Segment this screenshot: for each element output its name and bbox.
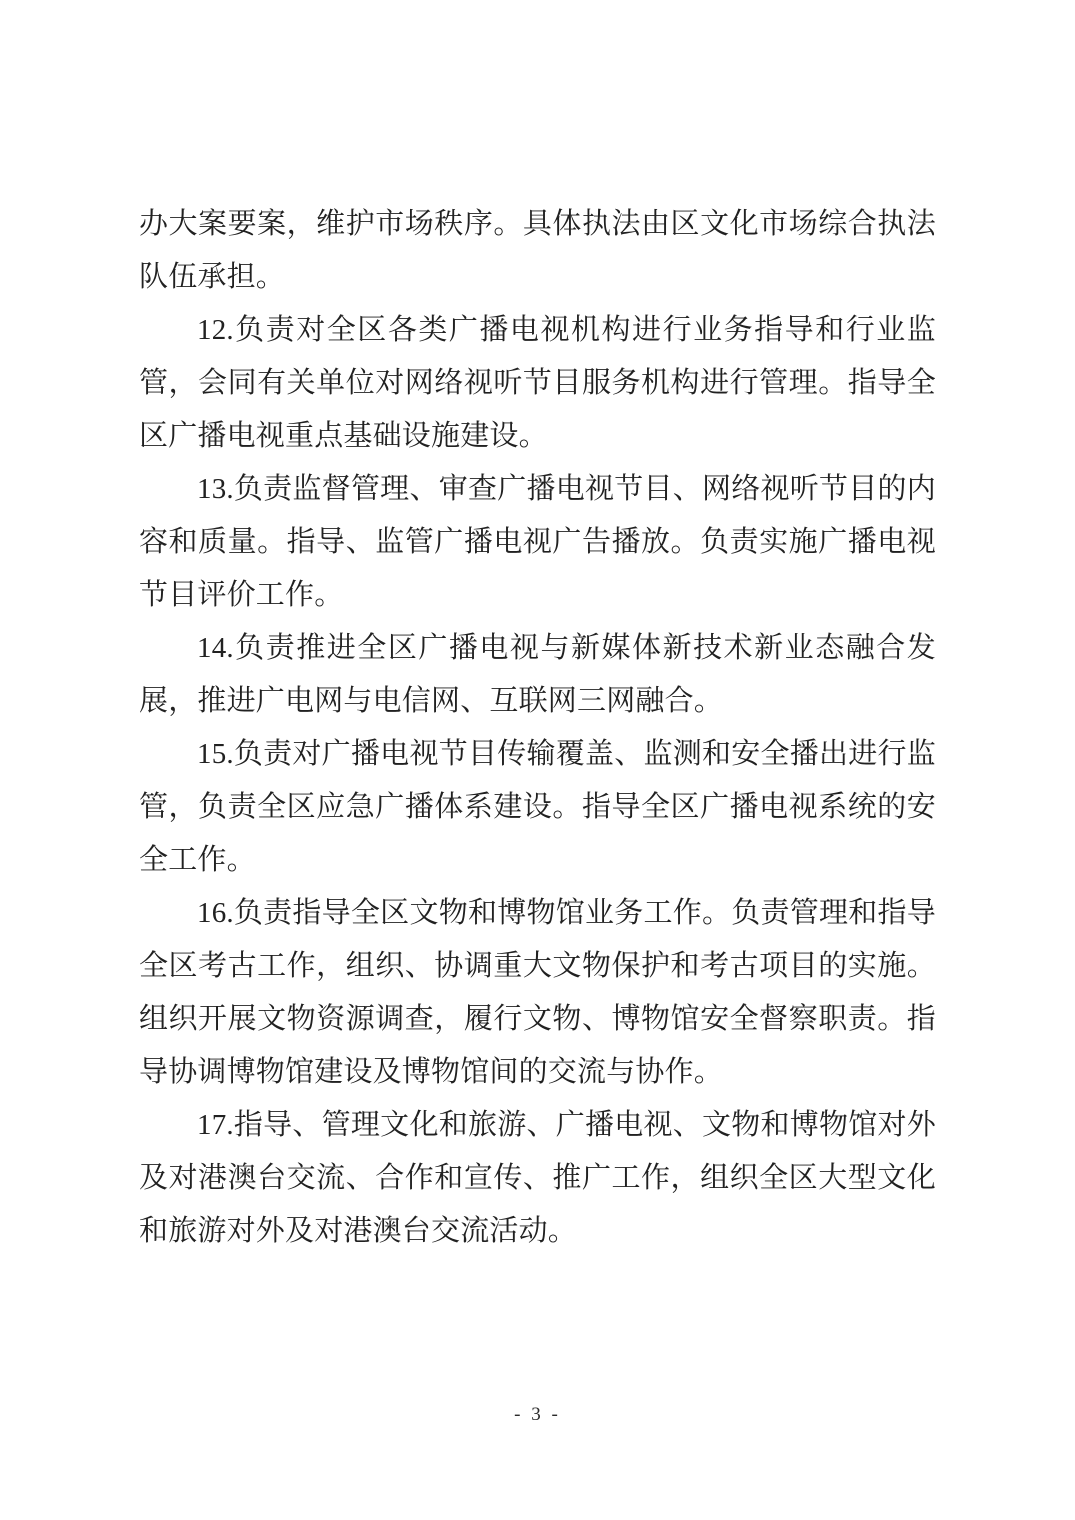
paragraph: 办大案要案，维护市场秩序。具体执法由区文化市场综合执法队伍承担。 — [139, 198, 936, 304]
paragraph: 15.负责对广播电视节目传输覆盖、监测和安全播出进行监管，负责全区应急广播体系建… — [139, 728, 936, 887]
paragraph: 17.指导、管理文化和旅游、广播电视、文物和博物馆对外及对港澳台交流、合作和宣传… — [139, 1099, 936, 1258]
paragraph: 12.负责对全区各类广播电视机构进行业务指导和行业监管，会同有关单位对网络视听节… — [139, 304, 936, 463]
paragraph: 14.负责推进全区广播电视与新媒体新技术新业态融合发展，推进广电网与电信网、互联… — [139, 622, 936, 728]
document-page: 办大案要案，维护市场秩序。具体执法由区文化市场综合执法队伍承担。12.负责对全区… — [0, 0, 1075, 1520]
page-number: - 3 - — [0, 1404, 1075, 1426]
paragraph: 16.负责指导全区文物和博物馆业务工作。负责管理和指导全区考古工作，组织、协调重… — [139, 887, 936, 1099]
paragraph: 13.负责监督管理、审查广播电视节目、网络视听节目的内容和质量。指导、监管广播电… — [139, 463, 936, 622]
document-body: 办大案要案，维护市场秩序。具体执法由区文化市场综合执法队伍承担。12.负责对全区… — [139, 198, 936, 1258]
